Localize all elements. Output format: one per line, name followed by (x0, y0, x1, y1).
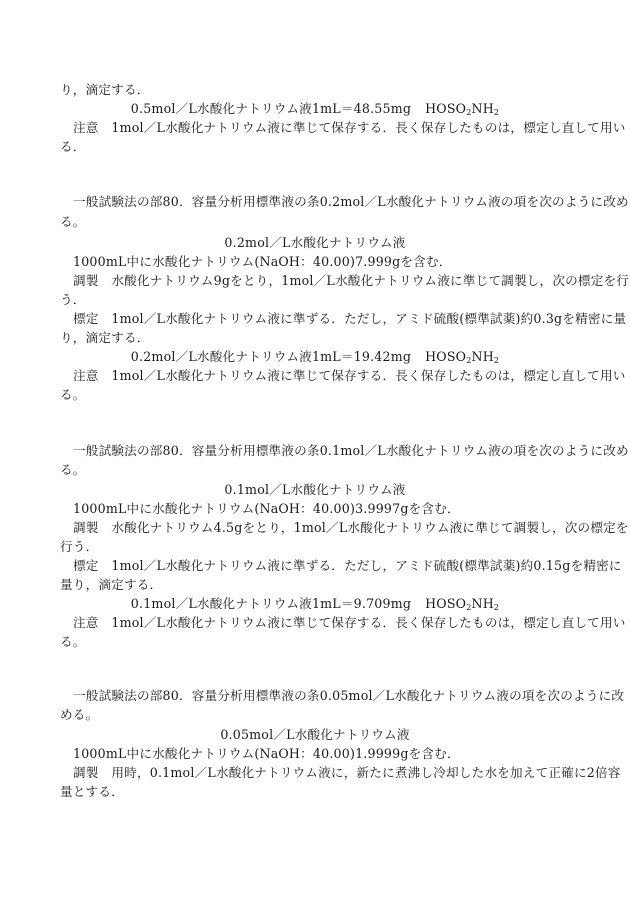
section1-note-cont: る． (60, 137, 574, 156)
formula-text: 0.1mol／L水酸化ナトリウム液1mL＝9.709mg (131, 596, 411, 611)
section3-standardization: 標定 1mol／L水酸化ナトリウム液に準ずる．ただし，アミド硫酸(標準試薬)約0… (60, 556, 587, 575)
chemical-formula: HOSO2NH2 (425, 101, 499, 116)
section2-content: 1000mL中に水酸化ナトリウム(NaOH：40.00)7.999gを含む． (60, 252, 587, 271)
section4-intro: 一般試験法の部80．容量分析用標準液の条0.05mol／L水酸化ナトリウム液の項… (60, 686, 587, 705)
section2-standardization: 標定 1mol／L水酸化ナトリウム液に準ずる．ただし，アミド硫酸(標準試薬)約0… (60, 309, 587, 328)
section3-intro: 一般試験法の部80．容量分析用標準液の条0.1mol／L水酸化ナトリウム液の項を… (60, 441, 587, 460)
section4-title: 0.05mol／L水酸化ナトリウム液 (0, 725, 630, 744)
section2-formula: 0.2mol／L水酸化ナトリウム液1mL＝19.42mgHOSO2NH2 (0, 347, 630, 366)
chemical-formula: HOSO2NH2 (425, 349, 499, 364)
section1-note: 注意 1mol／L水酸化ナトリウム液に準じて保存する．長く保存したものは，標定し… (60, 118, 587, 137)
section3-title: 0.1mol／L水酸化ナトリウム液 (0, 480, 630, 499)
section2-note-cont: る。 (60, 385, 574, 404)
section3-intro-cont: る。 (60, 460, 574, 479)
section2-intro: 一般試験法の部80．容量分析用標準液の条0.2mol／L水酸化ナトリウム液の項を… (60, 192, 587, 211)
section1-formula: 0.5mol／L水酸化ナトリウム液1mL＝48.55mgHOSO2NH2 (0, 99, 630, 118)
formula-text: 0.5mol／L水酸化ナトリウム液1mL＝48.55mg (131, 101, 411, 116)
section3-standardization-cont: 量り，滴定する． (60, 575, 574, 594)
section3-preparation: 調製 水酸化ナトリウム4.5gをとり，1mol／L水酸化ナトリウム液に準じて調製… (60, 518, 587, 537)
section4-preparation: 調製 用時，0.1mol／L水酸化ナトリウム液に，新たに煮沸し冷却した水を加えて… (60, 763, 587, 782)
section2-preparation: 調製 水酸化ナトリウム9gをとり，1mol／L水酸化ナトリウム液に準じて調製し，… (60, 271, 587, 290)
section3-preparation-cont: 行う． (60, 537, 574, 556)
chemical-formula: HOSO2NH2 (425, 596, 499, 611)
section3-formula: 0.1mol／L水酸化ナトリウム液1mL＝9.709mgHOSO2NH2 (0, 594, 630, 613)
section3-note: 注意 1mol／L水酸化ナトリウム液に準じて保存する．長く保存したものは，標定し… (60, 613, 587, 632)
section1-continuation: り，滴定する． (60, 80, 574, 99)
section2-title: 0.2mol／L水酸化ナトリウム液 (0, 233, 630, 252)
section3-note-cont: る。 (60, 632, 574, 651)
section4-content: 1000mL中に水酸化ナトリウム(NaOH：40.00)1.9999gを含む． (60, 744, 587, 763)
section2-preparation-cont: う． (60, 290, 574, 309)
section2-intro-cont: る。 (60, 212, 574, 231)
document-page: り，滴定する． 0.5mol／L水酸化ナトリウム液1mL＝48.55mgHOSO… (0, 0, 630, 916)
section2-note: 注意 1mol／L水酸化ナトリウム液に準じて保存する．長く保存したものは，標定し… (60, 366, 587, 385)
formula-text: 0.2mol／L水酸化ナトリウム液1mL＝19.42mg (131, 349, 411, 364)
section2-standardization-cont: り，滴定する． (60, 328, 574, 347)
section4-preparation-cont: 量とする． (60, 782, 574, 801)
section4-intro-cont: める。 (60, 705, 574, 724)
section3-content: 1000mL中に水酸化ナトリウム(NaOH：40.00)3.9997gを含む． (60, 499, 587, 518)
